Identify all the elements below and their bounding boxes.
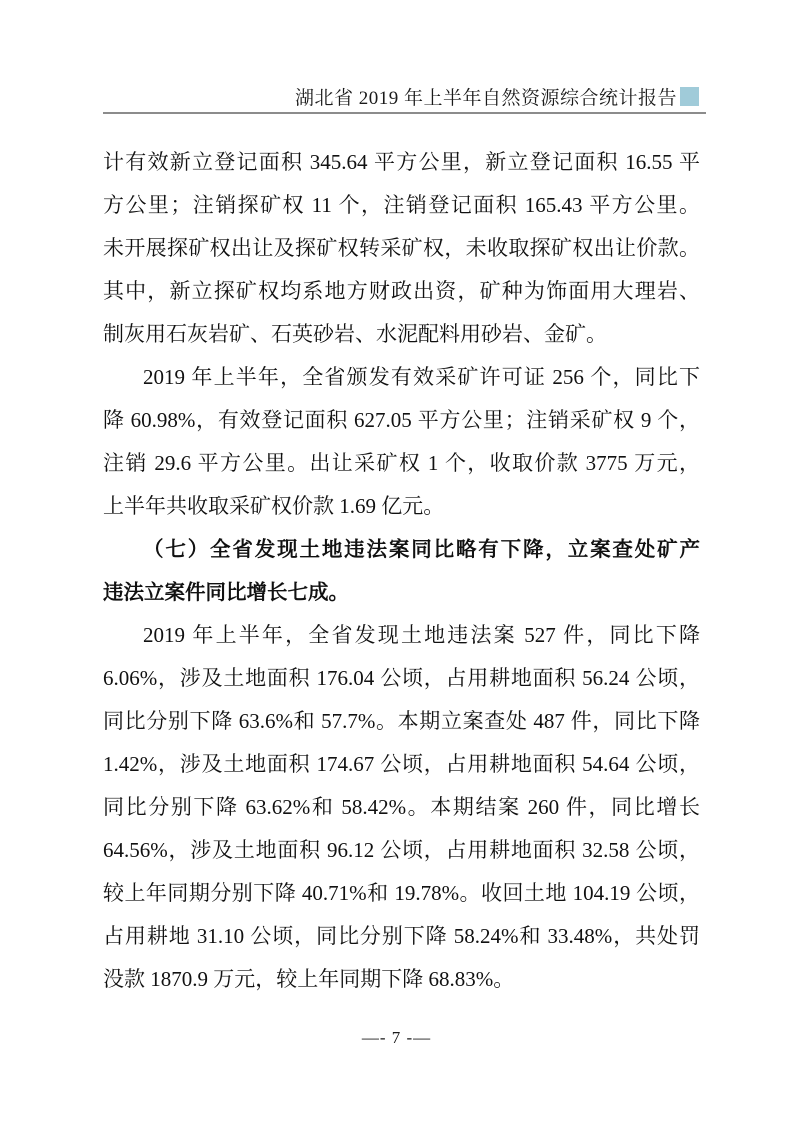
- text-line: 2019 年上半年，全省发现土地违法案 527 件，同比下降: [103, 614, 700, 657]
- text-line: 上半年共收取采矿权价款 1.69 亿元。: [103, 485, 700, 528]
- text-line: 64.56%，涉及土地面积 96.12 公顷，占用耕地面积 32.58 公顷，: [103, 829, 700, 872]
- text-line: 方公里；注销探矿权 11 个，注销登记面积 165.43 平方公里。: [103, 184, 700, 227]
- document-body: 计有效新立登记面积 345.64 平方公里，新立登记面积 16.55 平 方公里…: [103, 141, 700, 1001]
- text-line: 降 60.98%，有效登记面积 627.05 平方公里；注销采矿权 9 个，: [103, 399, 700, 442]
- text-line: 制灰用石灰岩矿、石英砂岩、水泥配料用砂岩、金矿。: [103, 313, 700, 356]
- text-line: 计有效新立登记面积 345.64 平方公里，新立登记面积 16.55 平: [103, 141, 700, 184]
- text-line: 同比分别下降 63.6%和 57.7%。本期立案查处 487 件，同比下降: [103, 700, 700, 743]
- page-footer: —- 7 -—: [0, 1028, 793, 1048]
- text-line: 较上年同期分别下降 40.71%和 19.78%。收回土地 104.19 公顷，: [103, 872, 700, 915]
- document-page: 湖北省 2019 年上半年自然资源综合统计报告 计有效新立登记面积 345.64…: [0, 0, 793, 1122]
- page-header: 湖北省 2019 年上半年自然资源综合统计报告: [103, 83, 699, 110]
- header-divider: [103, 112, 706, 114]
- text-line: 同比分别下降 63.62%和 58.42%。本期结案 260 件，同比增长: [103, 786, 700, 829]
- page-number: —- 7 -—: [362, 1028, 431, 1047]
- text-line: 占用耕地 31.10 公顷，同比分别下降 58.24%和 33.48%，共处罚: [103, 915, 700, 958]
- text-line: 6.06%，涉及土地面积 176.04 公顷，占用耕地面积 56.24 公顷，: [103, 657, 700, 700]
- accent-square-icon: [680, 87, 699, 106]
- section-heading-line: 违法立案件同比增长七成。: [103, 571, 700, 614]
- text-line: 没款 1870.9 万元，较上年同期下降 68.83%。: [103, 958, 700, 1001]
- text-line: 2019 年上半年，全省颁发有效采矿许可证 256 个，同比下: [103, 356, 700, 399]
- text-line: 注销 29.6 平方公里。出让采矿权 1 个，收取价款 3775 万元，: [103, 442, 700, 485]
- section-heading-line: （七）全省发现土地违法案同比略有下降，立案查处矿产: [103, 528, 700, 571]
- text-line: 未开展探矿权出让及探矿权转采矿权，未收取探矿权出让价款。: [103, 227, 700, 270]
- text-line: 1.42%，涉及土地面积 174.67 公顷，占用耕地面积 54.64 公顷，: [103, 743, 700, 786]
- header-title: 湖北省 2019 年上半年自然资源综合统计报告: [295, 83, 677, 110]
- text-line: 其中，新立探矿权均系地方财政出资，矿种为饰面用大理岩、: [103, 270, 700, 313]
